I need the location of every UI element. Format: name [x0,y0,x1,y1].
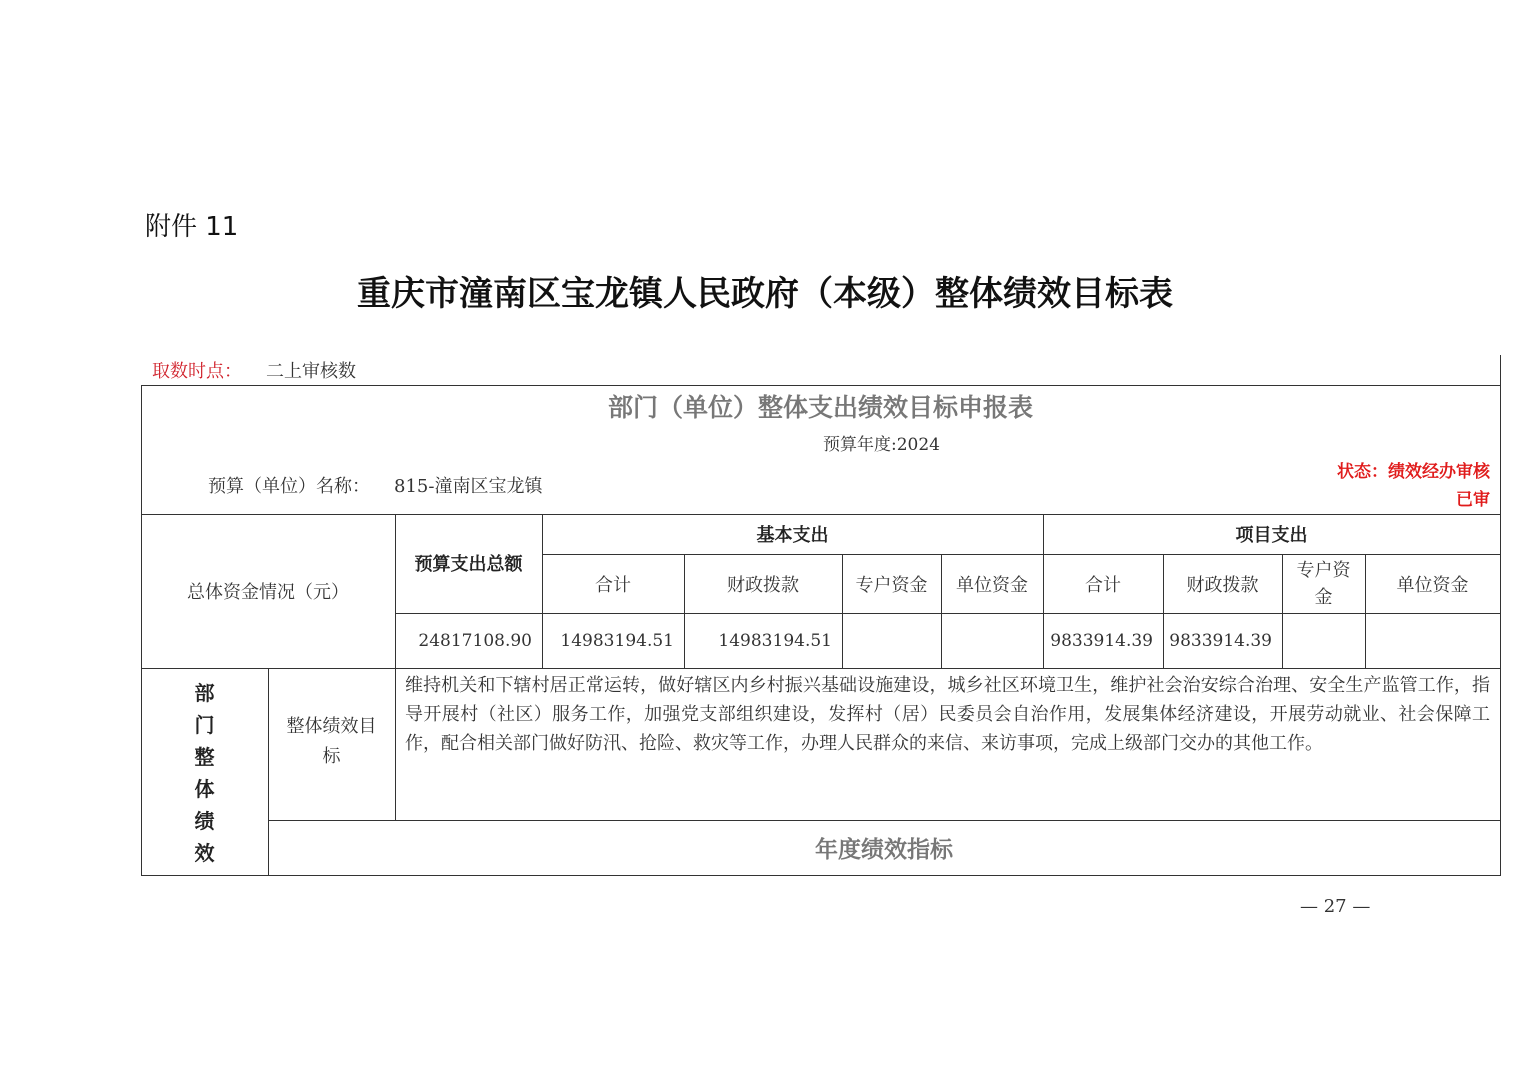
funds-row-label: 总体资金情况（元） [141,514,395,668]
status-badge: 状态：绩效经办审核 已审 [1337,458,1490,514]
unit-name-label: 预算（单位）名称： [208,476,370,497]
total-header: 预算支出总额 [395,514,542,613]
attachment-label: 附件 11 [145,206,238,243]
basic-total-value: 14983194.51 [542,613,684,668]
page-number: — 27 — [1300,896,1370,917]
project-expense-header: 项目支出 [1043,514,1500,554]
performance-section-label: 部 门 整 体 绩 效 [141,675,268,870]
project-unit-value [1365,613,1500,668]
basic-special-header: 专户资金 [842,554,941,613]
fetch-point: 取数时点：二上审核数 [152,357,356,383]
unit-name-value: 815-潼南区宝龙镇 [394,476,542,497]
section-char: 效 [195,837,215,869]
section-char: 门 [195,709,215,741]
project-total-header: 合计 [1043,554,1163,613]
basic-fiscal-value: 14983194.51 [684,613,842,668]
status-line-1: 状态：绩效经办审核 [1337,458,1490,486]
basic-expense-header: 基本支出 [542,514,1043,554]
status-line-2: 已审 [1337,486,1490,514]
budget-year: 预算年度:2024 [141,430,1520,455]
section-char: 部 [195,677,215,709]
goal-text: 维持机关和下辖村居正常运转，做好辖区内乡村振兴基础设施建设，城乡社区环境卫生，维… [405,671,1490,758]
grid-line [141,385,1501,386]
project-total-value: 9833914.39 [1043,613,1163,668]
annual-indicator-header: 年度绩效指标 [268,820,1500,875]
section-char: 绩 [195,805,215,837]
basic-unit-value [941,613,1043,668]
unit-name: 预算（单位）名称：815-潼南区宝龙镇 [208,472,542,498]
fetch-point-label: 取数时点： [152,361,242,382]
fetch-point-value: 二上审核数 [266,361,356,382]
total-value: 24817108.90 [395,613,542,668]
grid-line [141,875,1501,876]
project-unit-header: 单位资金 [1365,554,1500,613]
basic-unit-header: 单位资金 [941,554,1043,613]
project-fiscal-header: 财政拨款 [1163,554,1282,613]
basic-total-header: 合计 [542,554,684,613]
project-special-value [1282,613,1365,668]
document-title: 重庆市潼南区宝龙镇人民政府（本级）整体绩效目标表 [0,266,1520,315]
basic-special-value [842,613,941,668]
report-title: 部门（单位）整体支出绩效目标申报表 [141,388,1500,424]
basic-fiscal-header: 财政拨款 [684,554,842,613]
section-char: 体 [195,773,215,805]
project-fiscal-value: 9833914.39 [1163,613,1282,668]
project-special-header: 专户资 金 [1282,554,1365,613]
goal-label: 整体绩效目标 [268,668,395,820]
section-char: 整 [195,741,215,773]
